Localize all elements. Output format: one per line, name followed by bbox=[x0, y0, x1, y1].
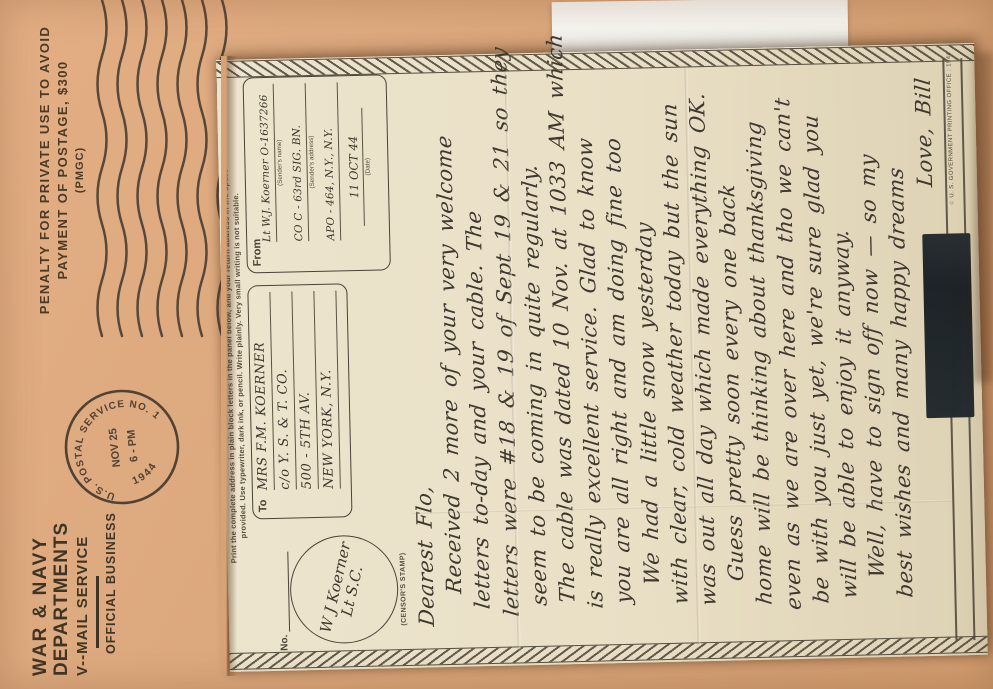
handwritten-line-12: Guess pretty soon every one back bbox=[715, 183, 748, 583]
penalty-notice: PENALTY FOR PRIVATE USE TO AVOID PAYMENT… bbox=[36, 10, 89, 330]
handwritten-line-3: letters to-day and your cable. The bbox=[462, 209, 495, 610]
message-area: Dearest Flo,Received 2 more of your very… bbox=[216, 43, 988, 672]
envelope-edge-shadow bbox=[221, 56, 237, 676]
handwritten-line-19: Love, Bill bbox=[910, 77, 937, 188]
postmark-date: NOV 25 bbox=[107, 428, 123, 468]
official-business-block: WAR & NAVY DEPARTMENTS V--MAIL SERVICE O… bbox=[30, 480, 118, 676]
departments-line: DEPARTMENTS bbox=[51, 480, 73, 676]
penalty-line-2: PAYMENT OF POSTAGE, $300 bbox=[54, 10, 72, 330]
scan-shadow bbox=[974, 52, 993, 382]
vmail-service-line: V--MAIL SERVICE bbox=[73, 480, 92, 676]
vmail-form: Print the complete address in plain bloc… bbox=[216, 43, 988, 672]
penalty-line-3: (PMGC) bbox=[72, 10, 89, 330]
official-business-line: OFFICIAL BUSINESS bbox=[104, 480, 118, 654]
handwritten-line-9: We had a little snow yesterday bbox=[631, 221, 663, 586]
handwritten-line-1: Dearest Flo, bbox=[412, 484, 439, 627]
penalty-line-1: PENALTY FOR PRIVATE USE TO AVOID bbox=[36, 10, 54, 330]
divider-rule bbox=[96, 576, 99, 648]
handwritten-line-16: will be able to enjoy it anyway. bbox=[829, 228, 861, 600]
postmark-time: 6 - PM bbox=[125, 429, 140, 462]
handwritten-line-18: best wishes and many happy dreams bbox=[884, 166, 918, 598]
vmail-letter-scan: { "envelope": { "penalty_notice": { "lin… bbox=[0, 0, 993, 689]
war-navy-line: WAR & NAVY bbox=[30, 480, 51, 676]
redaction-bar bbox=[922, 233, 974, 418]
handwritten-line-2: Received 2 more of your very welcome bbox=[432, 134, 466, 595]
handwritten-line-8: you are all right and am doing fine too bbox=[601, 136, 636, 604]
